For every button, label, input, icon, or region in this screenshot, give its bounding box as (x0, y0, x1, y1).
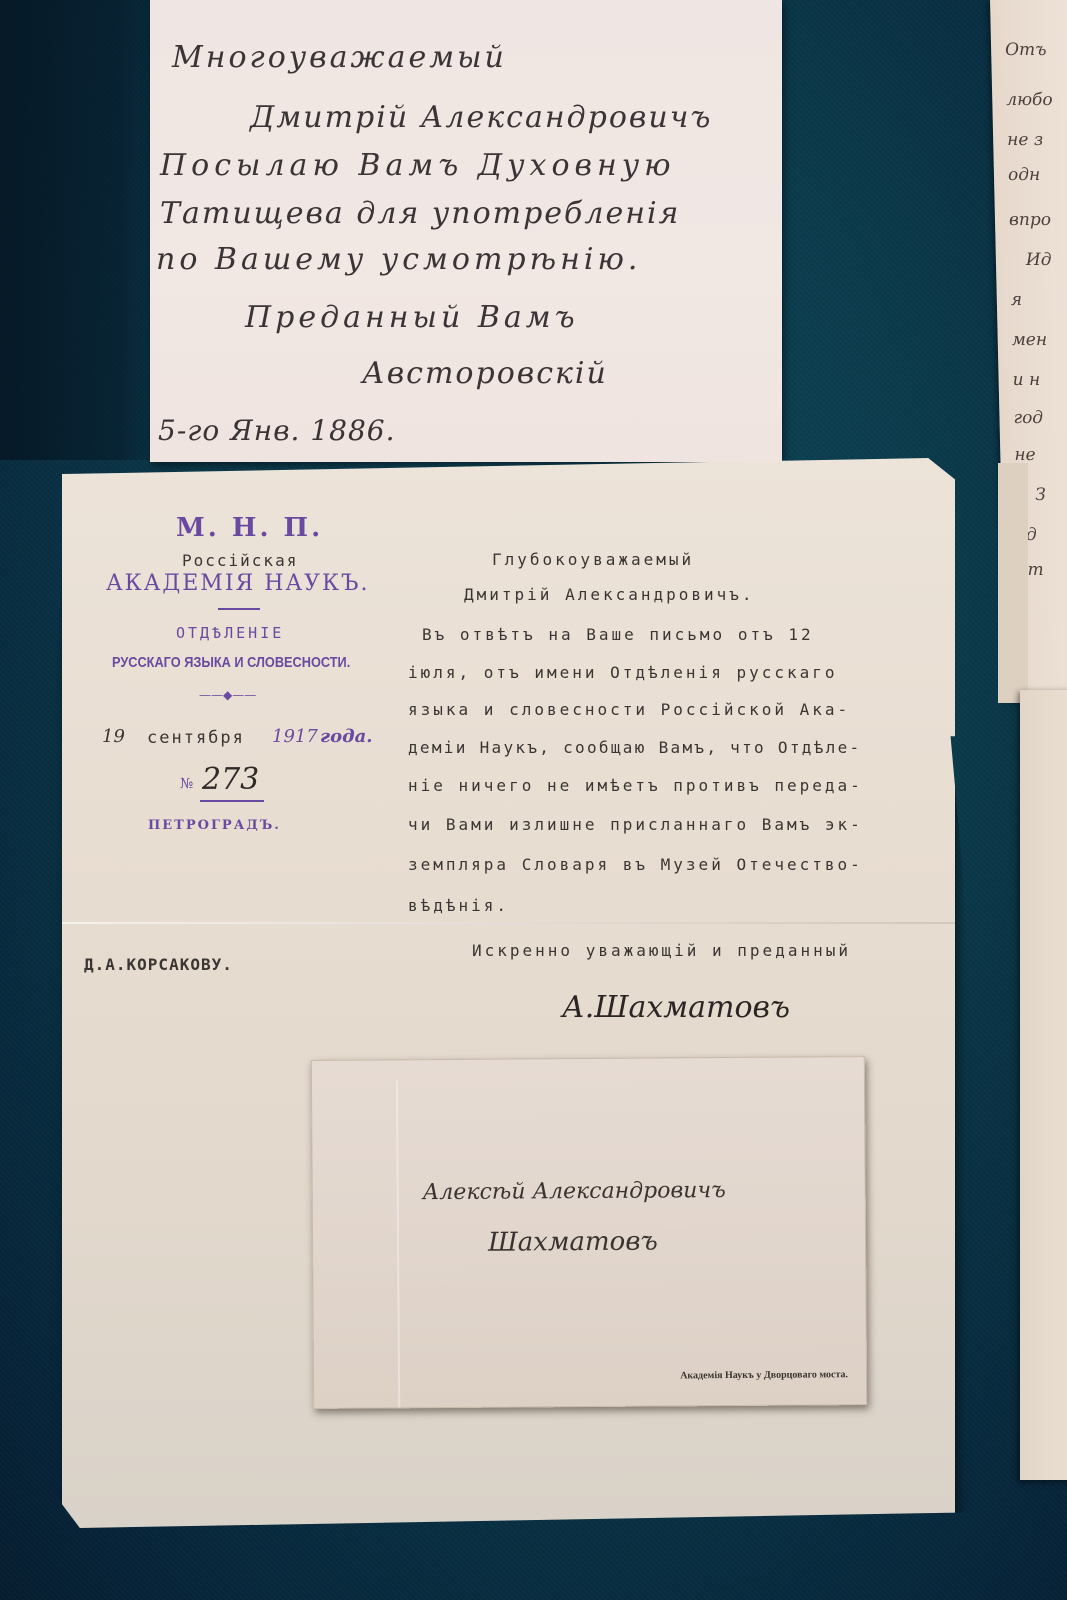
closing: Искренно уважающій и преданный (472, 941, 851, 960)
body-line: деміи Наукъ, сообщаю Вамъ, что Отдѣле- (408, 738, 861, 757)
hw-line: Многоуважаемый (172, 40, 507, 75)
fragment-line: Отъ (1005, 40, 1047, 60)
divider (218, 608, 260, 610)
institution-name: АКАДЕМІЯ НАУКЪ. (106, 571, 370, 596)
card-fold (396, 1080, 400, 1407)
fragment-line: не з (1007, 130, 1043, 150)
hw-date: 5-го Янв. 1886. (158, 414, 396, 447)
hw-line: Дмитрій Александровичъ (250, 100, 712, 135)
salutation-line1: Глубокоуважаемый (492, 550, 694, 569)
hw-signature: Австоровскій (362, 356, 608, 391)
date-day: 19 (102, 726, 125, 747)
fragment-line: год (1013, 408, 1043, 428)
stamp-initials: М. Н. П. (176, 513, 323, 543)
division-line2: РУССКАГО ЯЗЫКА И СЛОВЕСНОСТИ. (112, 654, 350, 671)
fragment-line: я (1011, 290, 1023, 310)
number-underline (200, 800, 264, 802)
body-line: ніе ничего не имѣетъ противъ переда- (408, 776, 863, 795)
fragment-line: Ид (1026, 250, 1052, 270)
date-suffix: года. (320, 726, 373, 747)
signature: А.Шахматовъ (562, 990, 790, 1025)
typed-correction: Россійская (182, 551, 298, 570)
fragment-line: и н (1012, 370, 1040, 390)
hw-line: Посылаю Вамъ Духовную (160, 148, 676, 183)
body-line: вѣдѣнія. (408, 896, 509, 915)
hw-line: по Вашему усмотрѣнію. (156, 242, 641, 277)
fragment-line: любо (1006, 90, 1053, 110)
addressee: Д.А.КОРСАКОВУ. (84, 955, 233, 974)
fragment-line: З (1035, 485, 1046, 505)
calling-card: Алексѣй Александровичъ Шахматовъ Академі… (311, 1056, 867, 1409)
body-line: іюля, отъ имени Отдѣленія русскаго (408, 663, 838, 682)
city: ПЕТРОГРАДЪ. (148, 818, 281, 833)
document-number: 273 (202, 762, 259, 797)
fragment-line: одн (1008, 165, 1041, 185)
card-name-line2: Шахматовъ (488, 1227, 658, 1258)
date-year: 1917 (272, 726, 318, 747)
body-line: языка и словесности Россійской Ака- (408, 700, 850, 719)
salutation-line2: Дмитрій Александровичъ. (464, 585, 755, 604)
date-month: сентября (147, 728, 245, 748)
hw-line: Татищева для употребленія (160, 196, 680, 231)
number-prefix: № (180, 776, 193, 792)
body-line: Въ отвѣтъ на Ваше письмо отъ 12 (422, 625, 814, 644)
card-address: Академія Наукъ у Дворцоваго моста. (680, 1369, 848, 1381)
right-sheet-edge (998, 463, 1028, 703)
right-lower-sheet (1020, 690, 1067, 1480)
fragment-line: мен (1011, 330, 1047, 350)
ornament: ——◆—— (199, 688, 256, 702)
handwritten-letter-1886: Многоуважаемый Дмитрій Александровичъ По… (150, 0, 782, 462)
body-line: чи Вами излишне присланнаго Вамъ эк- (408, 815, 863, 834)
exhibit-photo: { "scene": { "description": "Museum disp… (0, 0, 1067, 1600)
body-line: земпляра Словаря въ Музей Отечество- (408, 855, 863, 874)
hw-closing: Преданный Вамъ (245, 300, 579, 335)
fragment-line: не (1014, 445, 1036, 465)
division-line1: ОТДѢЛЕНІЕ (176, 624, 284, 642)
shadow-vignette (0, 0, 170, 460)
fragment-line: впро (1009, 210, 1051, 230)
fold-line (62, 922, 955, 924)
card-name-line1: Алексѣй Александровичъ (423, 1178, 726, 1205)
